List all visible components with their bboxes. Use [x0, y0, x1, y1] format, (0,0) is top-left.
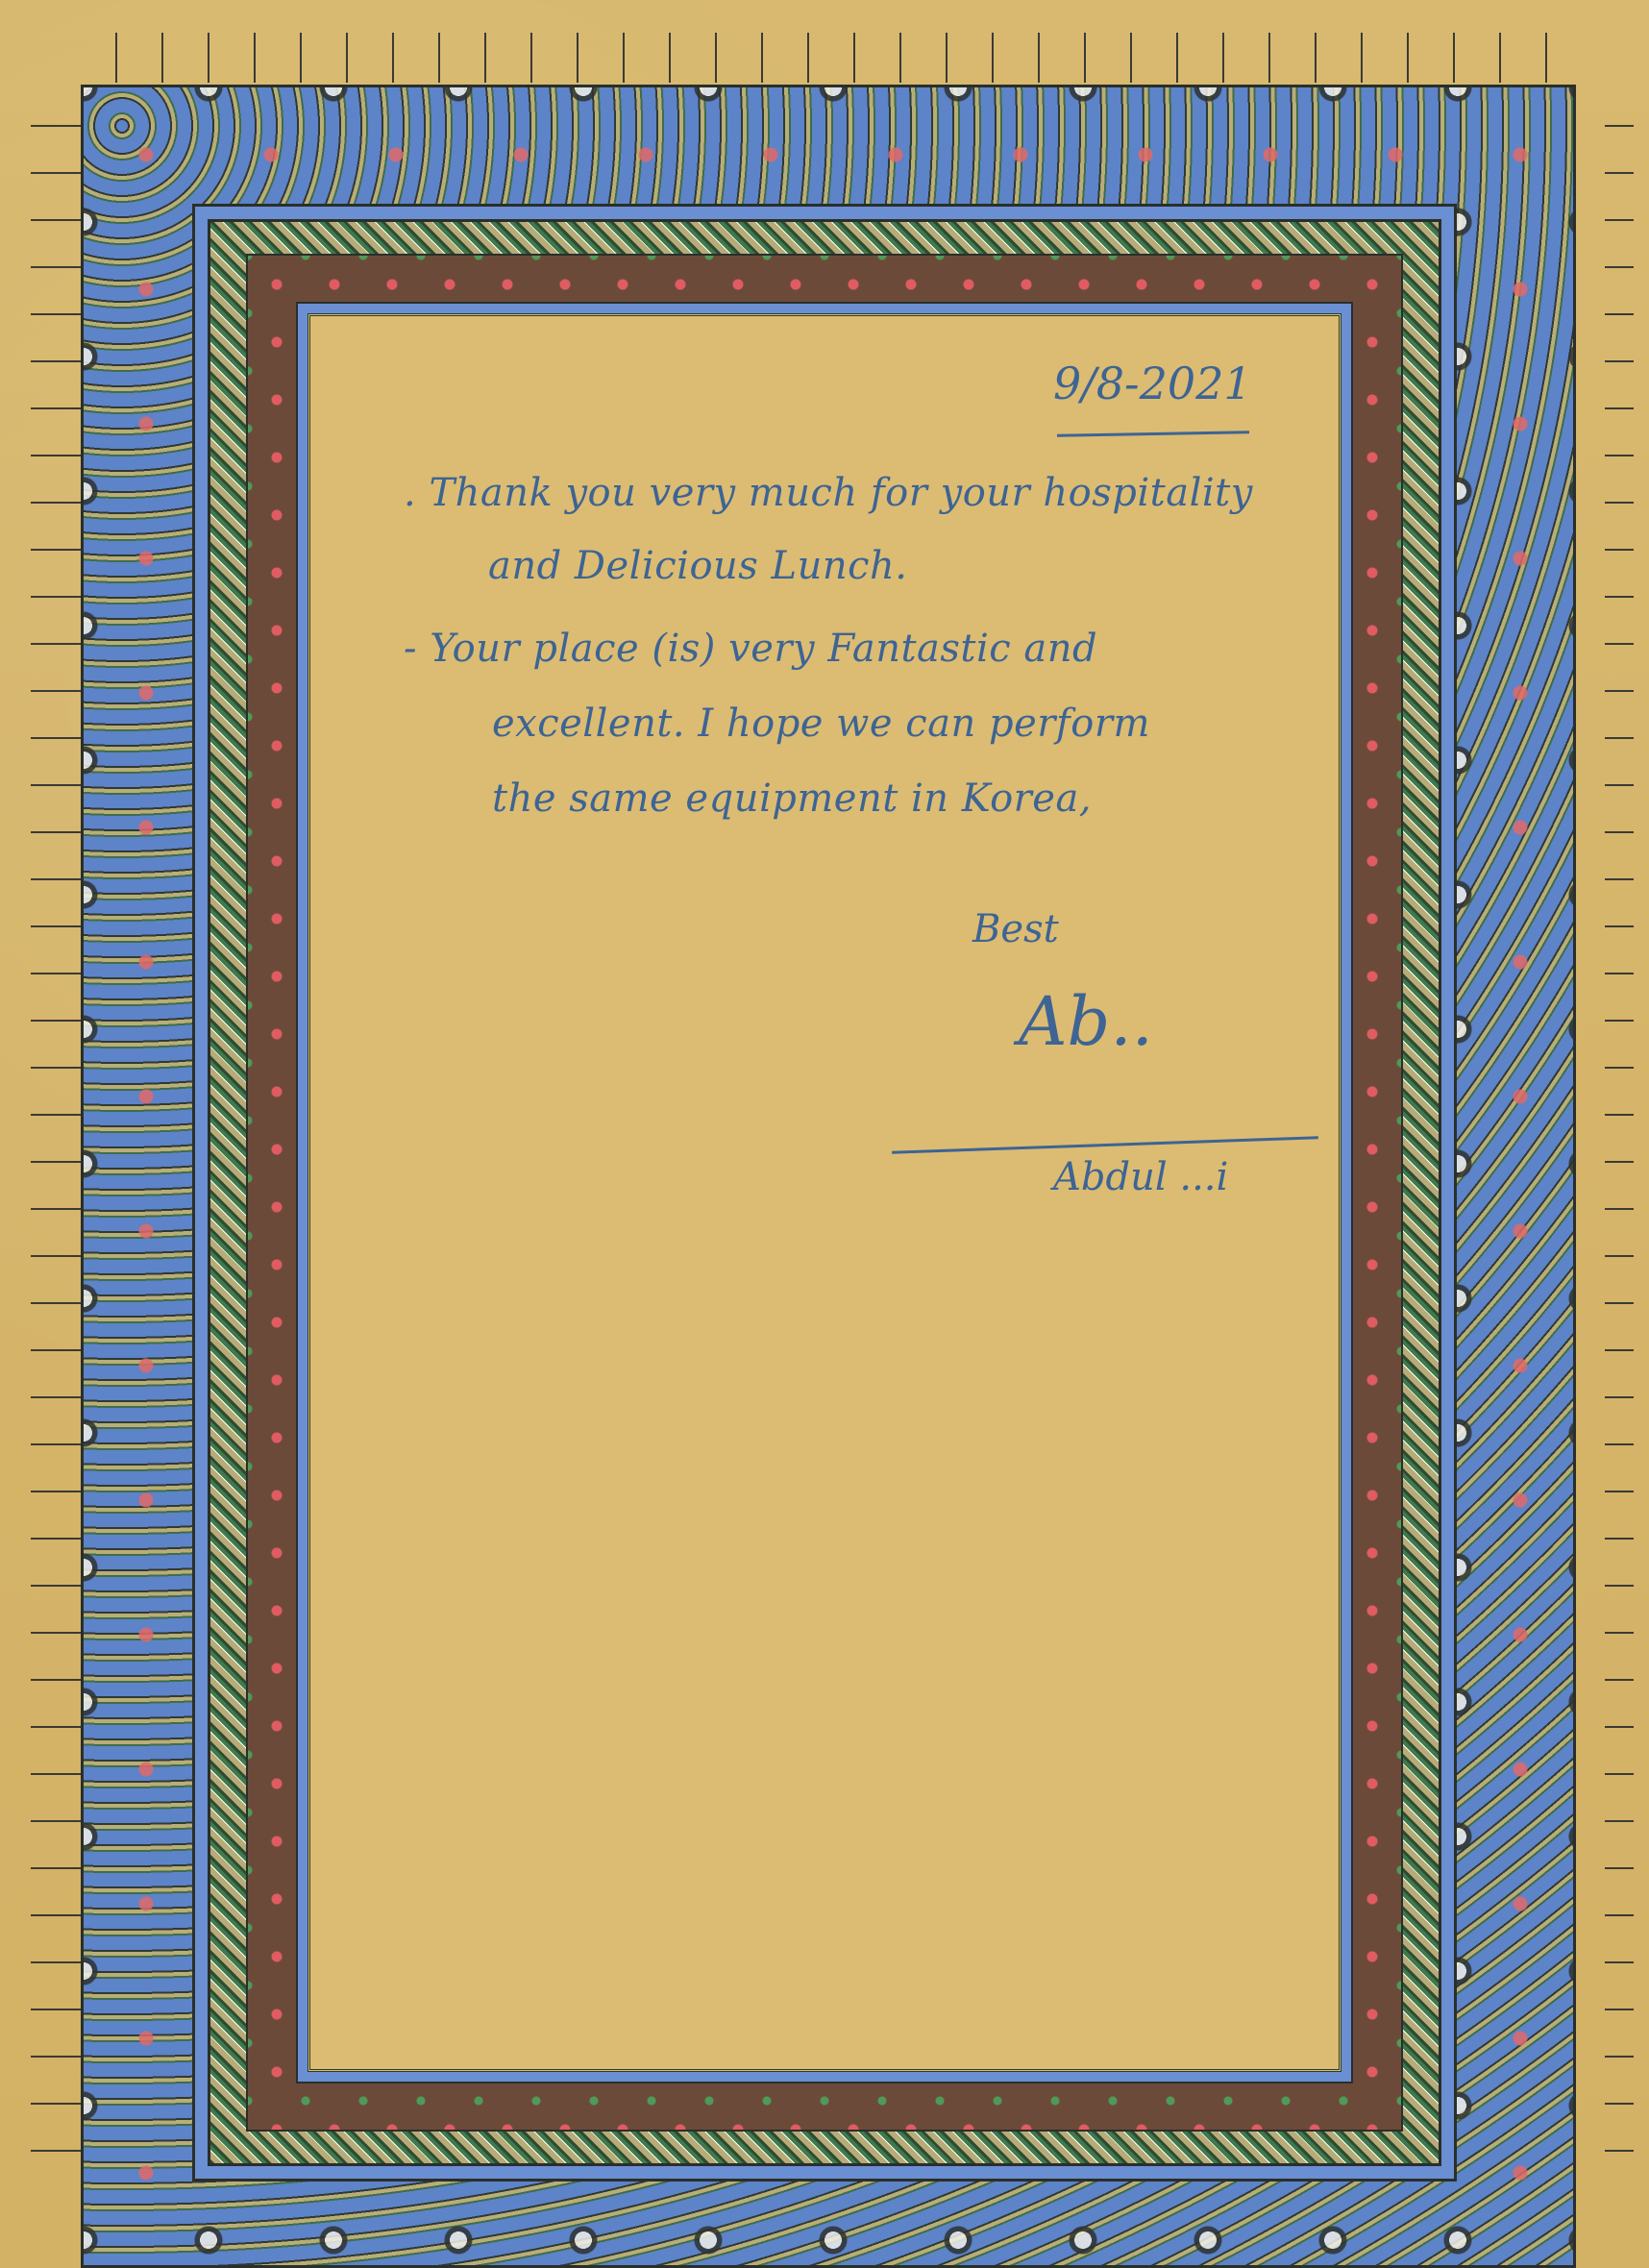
note-line-text: excellent. I hope we can perform	[492, 702, 1150, 746]
signer-name: Abdul ...i	[1053, 1155, 1228, 1199]
note-line-1: . Thank you very much for your hospitali…	[404, 471, 1253, 515]
note-line-text: Thank you very much for your hospitality	[429, 471, 1252, 515]
note-line-4: excellent. I hope we can perform	[492, 702, 1150, 746]
bullet-marker: .	[404, 471, 416, 515]
bullet-marker: -	[404, 627, 417, 671]
closing: Best	[972, 907, 1059, 951]
note-line-text: the same equipment in Korea,	[492, 777, 1092, 821]
note-line-2: and Delicious Lunch.	[488, 544, 908, 588]
decorative-pins-right	[1605, 125, 1634, 2191]
note-line-text: Your place (is) very Fantastic and	[430, 627, 1097, 671]
note-line-text: and Delicious Lunch.	[488, 544, 908, 588]
decorative-pins-left	[31, 125, 81, 2191]
note-line-3: - Your place (is) very Fantastic and	[404, 627, 1097, 671]
note-line-5: the same equipment in Korea,	[492, 777, 1092, 821]
date: 9/8-2021	[1053, 357, 1252, 409]
decorative-pins-top	[115, 33, 1576, 83]
signature: Ab..	[1019, 982, 1153, 1061]
